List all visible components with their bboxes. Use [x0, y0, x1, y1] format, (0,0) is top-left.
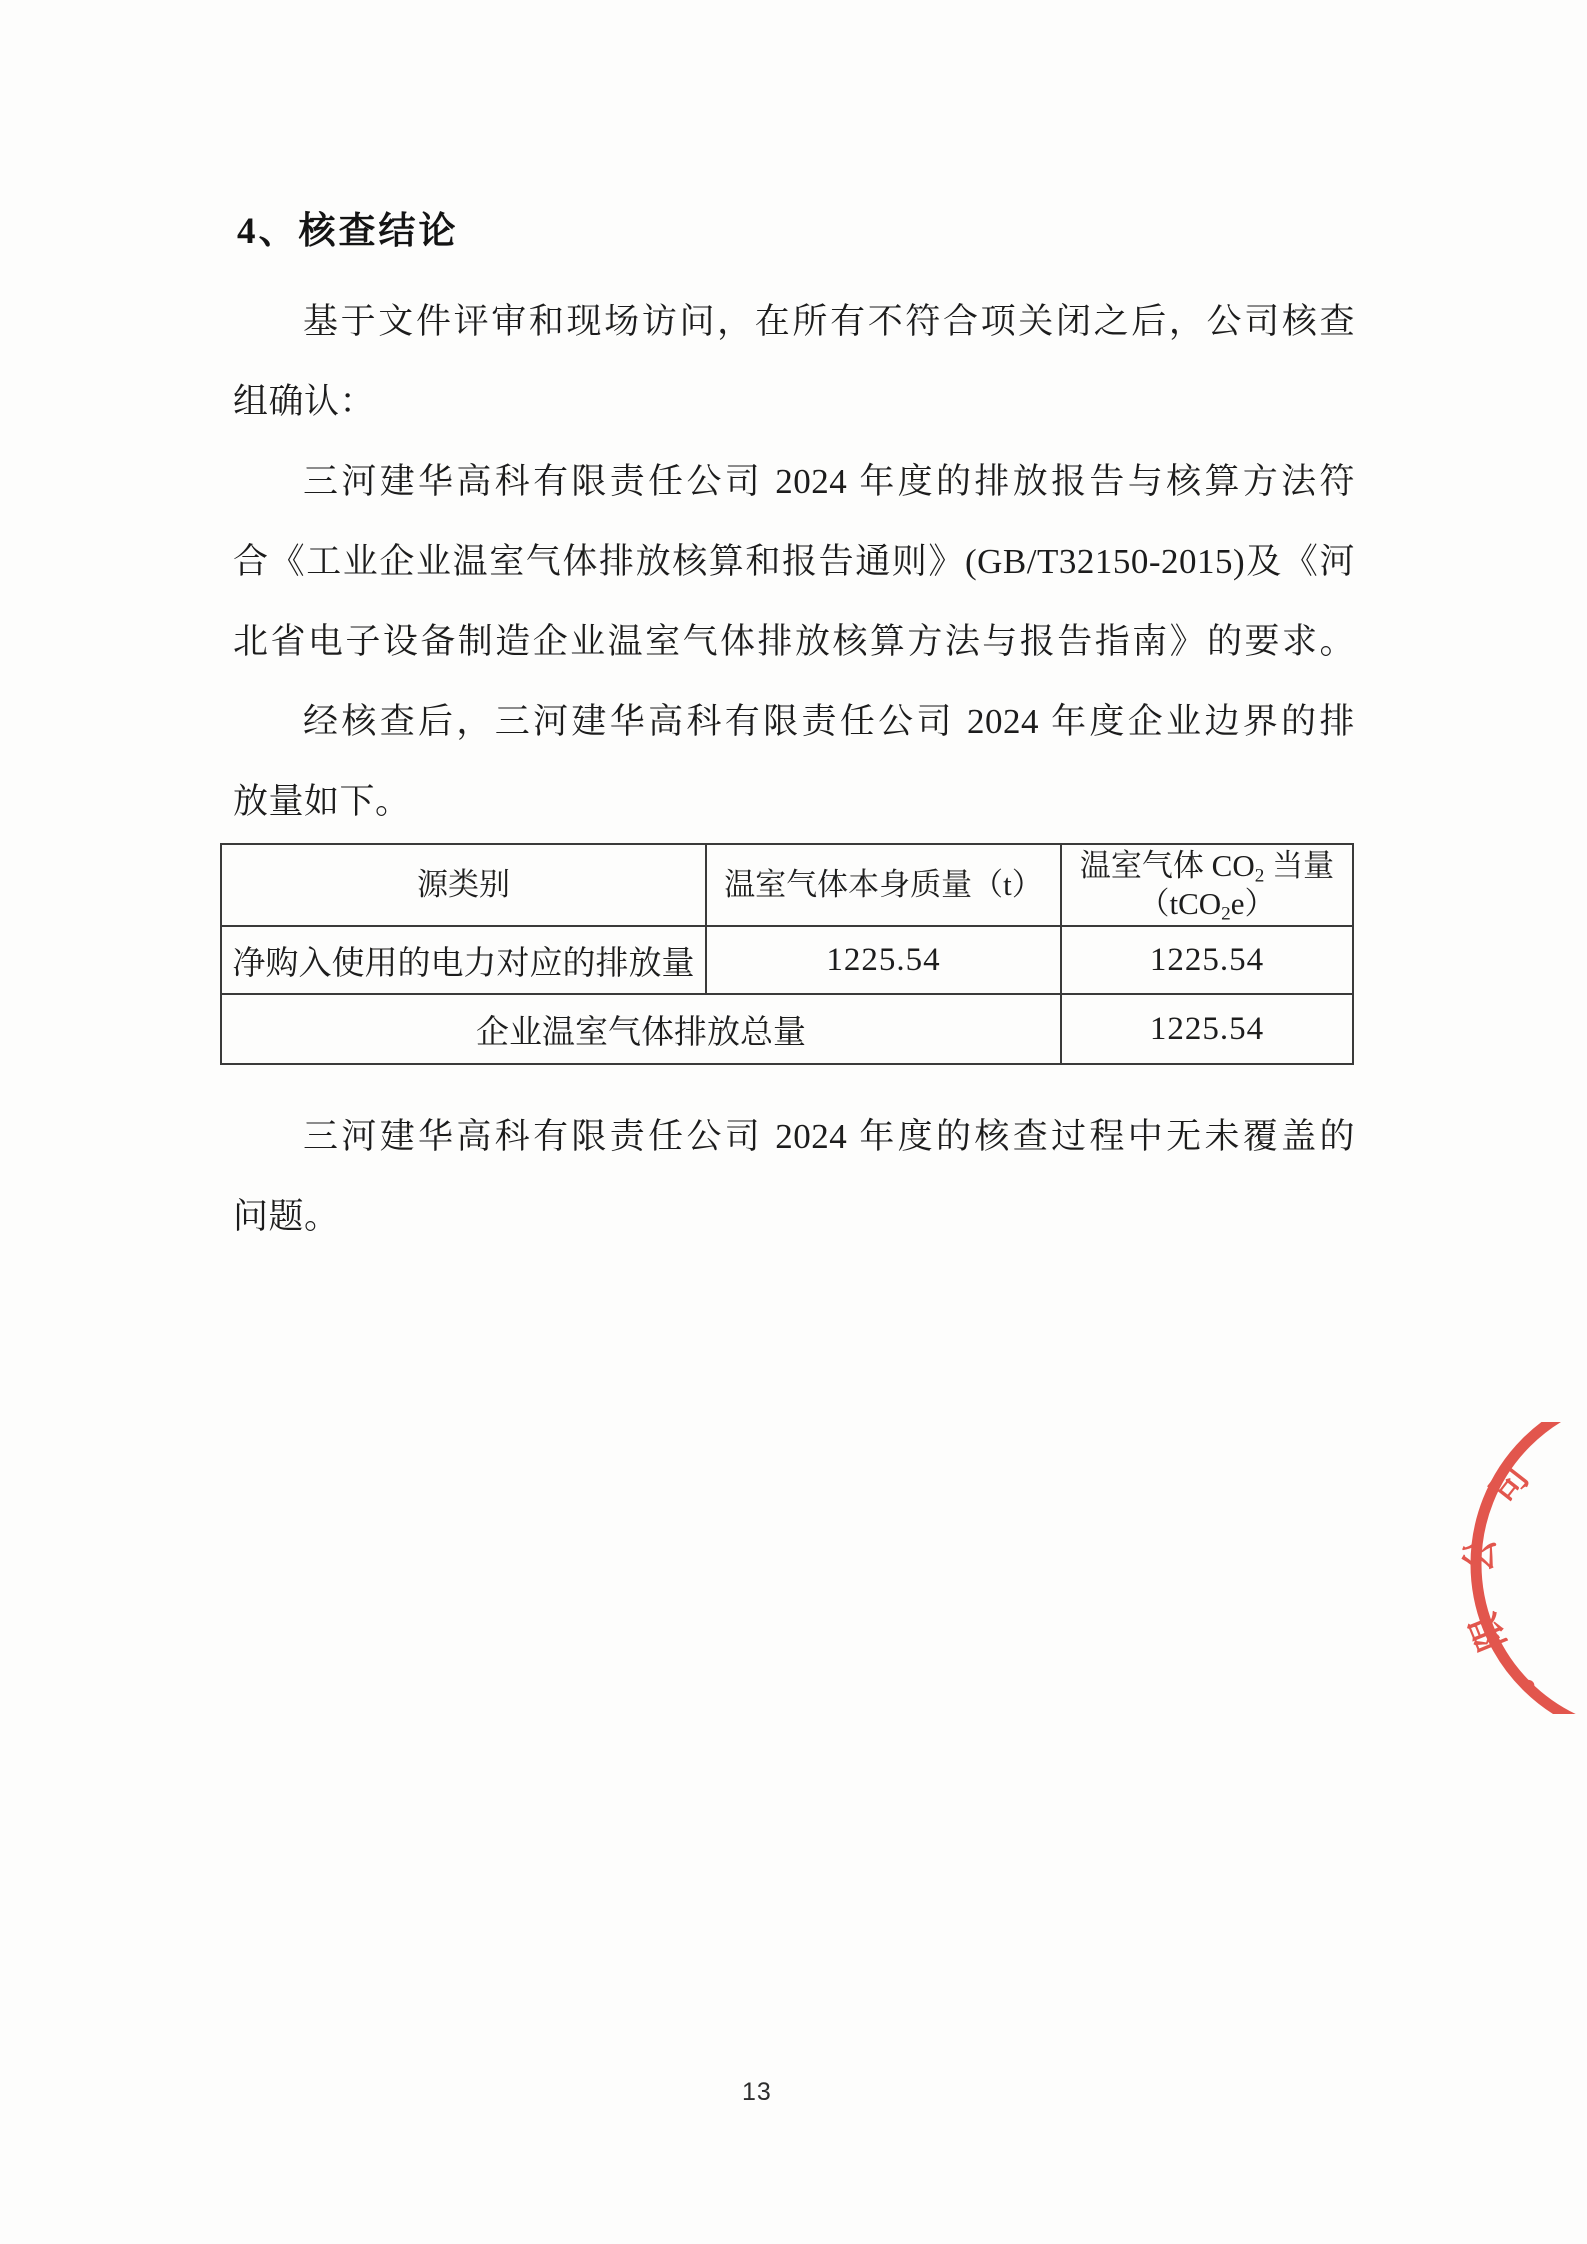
- section-heading: 4、核查结论: [237, 208, 1355, 256]
- paragraph-3: 经核查后，三河建华高科有限责任公司 2024 年度企业边界的排 放量如下。: [233, 682, 1355, 842]
- document-page: 4、核查结论 基于文件评审和现场访问，在所有不符合项关闭之后，公司核查 组确认：…: [0, 0, 1587, 2244]
- header-gas-mass: 温室气体本身质量（t）: [706, 844, 1061, 926]
- cell-total-label: 企业温室气体排放总量: [221, 994, 1061, 1064]
- paragraph-line: 组确认：: [233, 362, 1355, 442]
- stamp-char: 。: [1488, 1655, 1541, 1707]
- emission-table: 源类别 温室气体本身质量（t） 温室气体 CO2 当量（tCO2e） 净购入使用…: [220, 843, 1354, 1065]
- table-total-row: 企业温室气体排放总量 1225.54: [221, 994, 1353, 1064]
- paragraph-line: 经核查后，三河建华高科有限责任公司 2024 年度企业边界的排: [233, 682, 1355, 762]
- paragraph-1: 基于文件评审和现场访问，在所有不符合项关闭之后，公司核查 组确认：: [233, 282, 1355, 442]
- cell-co2e: 1225.54: [1061, 926, 1353, 994]
- red-seal-stamp-partial: 司 公 限 。: [1430, 1422, 1587, 1714]
- paragraph-line: 问题。: [233, 1177, 1355, 1257]
- paragraph-line: 北省电子设备制造企业温室气体排放核算方法与报告指南》的要求。: [233, 602, 1355, 682]
- paragraph-line: 放量如下。: [233, 762, 1355, 842]
- stamp-char: 限: [1463, 1608, 1514, 1656]
- table-row: 净购入使用的电力对应的排放量 1225.54 1225.54: [221, 926, 1353, 994]
- stamp-char: 公: [1458, 1535, 1502, 1575]
- paragraph-4: 三河建华高科有限责任公司 2024 年度的核查过程中无未覆盖的 问题。: [233, 1097, 1355, 1257]
- paragraph-2: 三河建华高科有限责任公司 2024 年度的排放报告与核算方法符 合《工业企业温室…: [233, 442, 1355, 682]
- paragraph-line: 基于文件评审和现场访问，在所有不符合项关闭之后，公司核查: [233, 282, 1355, 362]
- paragraph-line: 三河建华高科有限责任公司 2024 年度的排放报告与核算方法符: [233, 442, 1355, 522]
- document-body: 4、核查结论 基于文件评审和现场访问，在所有不符合项关闭之后，公司核查 组确认：…: [233, 208, 1355, 1257]
- cell-mass: 1225.54: [706, 926, 1061, 994]
- page-number: 13: [742, 2078, 772, 2107]
- stamp-char: 司: [1483, 1458, 1537, 1511]
- paragraph-line: 三河建华高科有限责任公司 2024 年度的核查过程中无未覆盖的: [233, 1097, 1355, 1177]
- paragraph-line: 合《工业企业温室气体排放核算和报告通则》(GB/T32150-2015)及《河: [233, 522, 1355, 602]
- table-header-row: 源类别 温室气体本身质量（t） 温室气体 CO2 当量（tCO2e）: [221, 844, 1353, 926]
- cell-source: 净购入使用的电力对应的排放量: [221, 926, 706, 994]
- cell-total-co2e: 1225.54: [1061, 994, 1353, 1064]
- header-co2-equivalent: 温室气体 CO2 当量（tCO2e）: [1061, 844, 1353, 926]
- header-source-category: 源类别: [221, 844, 706, 926]
